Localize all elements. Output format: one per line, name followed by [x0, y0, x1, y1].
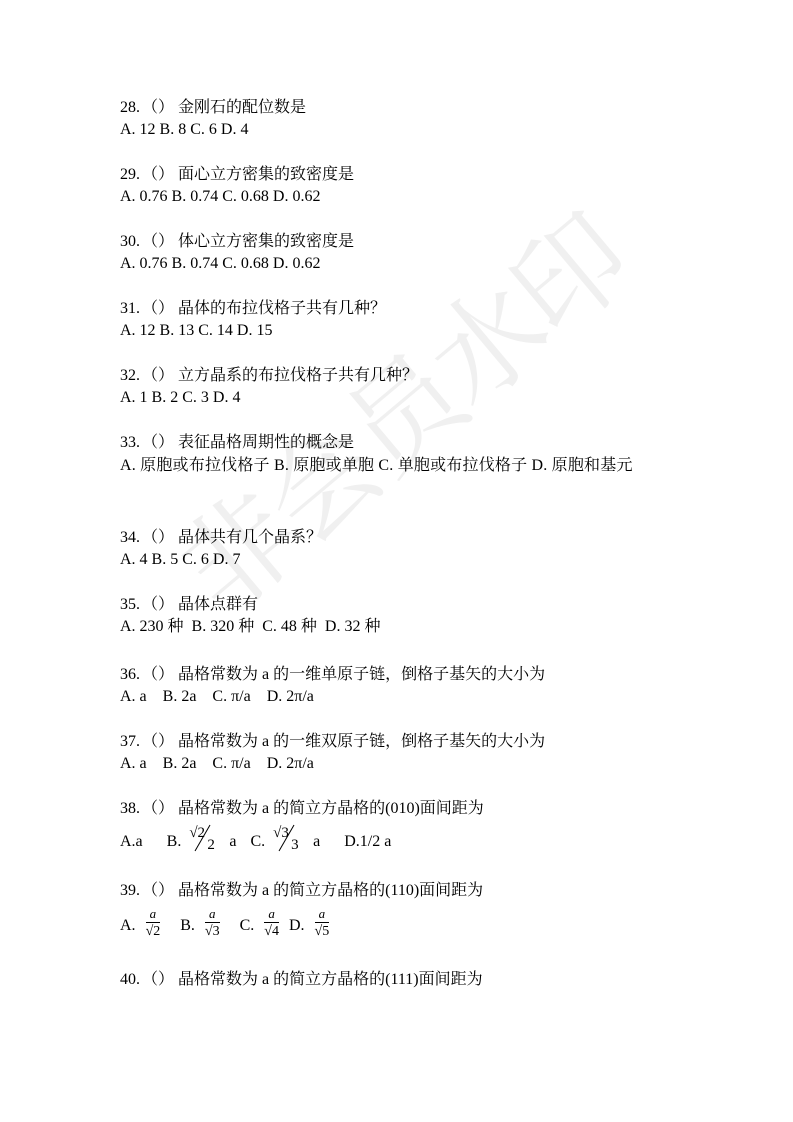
question-stem: 35.（）晶体点群有 — [120, 594, 680, 616]
question-options: A. 4 B. 5 C. 6 D. 7 — [120, 549, 680, 571]
option-b-suffix: a — [229, 833, 236, 850]
question-number: 37. — [120, 733, 140, 750]
option-a-label: A. — [120, 917, 136, 934]
question-options: A. 230 种 B. 320 种 C. 48 种 D. 32 种 — [120, 616, 680, 638]
answer-blank: （） — [142, 529, 174, 546]
question-40: 40.（）晶格常数为 a 的简立方晶格的(111)面间距为 — [120, 969, 680, 991]
answer-blank: （） — [142, 882, 174, 899]
question-options: A. a B. 2a C. π/a D. 2π/a — [120, 686, 680, 708]
question-31: 31.（）晶体的布拉伐格子共有几种？ A. 12 B. 13 C. 14 D. … — [120, 298, 680, 342]
question-number: 31. — [120, 300, 140, 317]
option-c-fraction: √3 3 — [273, 828, 307, 850]
question-30: 30.（）体心立方密集的致密度是 A. 0.76 B. 0.74 C. 0.68… — [120, 231, 680, 275]
question-39: 39.（）晶格常数为 a 的简立方晶格的(110)面间距为 A. a √2 B.… — [120, 880, 680, 943]
question-text: 晶格常数为 a 的简立方晶格的(111)面间距为 — [178, 971, 483, 988]
fraction-denominator: 3 — [291, 834, 299, 856]
question-number: 33. — [120, 434, 140, 451]
fraction-denominator: 2 — [207, 834, 215, 856]
question-options: A. 原胞或布拉伐格子 B. 原胞或单胞 C. 单胞或布拉伐格子 D. 原胞和基… — [120, 454, 676, 478]
fraction-numerator: a — [146, 907, 161, 921]
question-stem: 29.（）面心立方密集的致密度是 — [120, 164, 680, 186]
question-stem: 37.（）晶格常数为 a 的一维双原子链，倒格子基矢的大小为 — [120, 731, 680, 753]
fraction-bar — [205, 922, 220, 923]
question-text: 表征晶格周期性的概念是 — [178, 434, 354, 451]
question-number: 38. — [120, 800, 140, 817]
fraction-bar — [264, 922, 279, 923]
answer-blank: （） — [142, 367, 174, 384]
question-options: A. 1 B. 2 C. 3 D. 4 — [120, 387, 680, 409]
question-number: 32. — [120, 367, 140, 384]
option-b-label: B. — [180, 917, 195, 934]
fraction-denominator: √2 — [146, 924, 161, 940]
question-28: 28.（）金刚石的配位数是 A. 12 B. 8 C. 6 D. 4 — [120, 97, 680, 141]
answer-blank: （） — [142, 99, 174, 116]
option-d: D.1/2 a — [344, 833, 391, 850]
question-stem: 32.（）立方晶系的布拉伐格子共有几种？ — [120, 365, 680, 387]
question-35: 35.（）晶体点群有 A. 230 种 B. 320 种 C. 48 种 D. … — [120, 594, 680, 638]
question-text: 晶格常数为 a 的简立方晶格的(110)面间距为 — [178, 882, 483, 899]
question-stem: 28.（）金刚石的配位数是 — [120, 97, 680, 119]
fraction-numerator: √2 — [189, 822, 205, 844]
option-b-fraction: a √3 — [205, 907, 220, 940]
fraction-denominator: √4 — [264, 924, 279, 940]
question-options: A. 12 B. 13 C. 14 D. 15 — [120, 320, 680, 342]
question-stem: 39.（）晶格常数为 a 的简立方晶格的(110)面间距为 — [120, 880, 680, 902]
question-number: 28. — [120, 99, 140, 116]
answer-blank: （） — [142, 166, 174, 183]
answer-blank: （） — [142, 666, 174, 683]
question-stem: 34.（）晶体共有几个晶系？ — [120, 527, 680, 549]
question-text: 晶格常数为 a 的一维单原子链，倒格子基矢的大小为 — [178, 666, 545, 683]
question-text: 晶体点群有 — [178, 596, 258, 613]
fraction-numerator: √3 — [273, 822, 289, 844]
fraction-numerator: a — [205, 907, 220, 921]
fraction-denominator: √3 — [205, 924, 220, 940]
question-number: 29. — [120, 166, 140, 183]
question-stem: 30.（）体心立方密集的致密度是 — [120, 231, 680, 253]
option-c-suffix: a — [313, 833, 320, 850]
option-c-fraction: a √4 — [264, 907, 279, 940]
answer-blank: （） — [142, 596, 174, 613]
fraction-bar — [146, 922, 161, 923]
question-number: 30. — [120, 233, 140, 250]
question-text: 面心立方密集的致密度是 — [178, 166, 354, 183]
option-a: A.a — [120, 833, 143, 850]
question-options: A.a B. √2 2 a C. √3 3 a D.1/2 a — [120, 828, 680, 853]
answer-blank: （） — [142, 733, 174, 750]
question-stem: 36.（）晶格常数为 a 的一维单原子链，倒格子基矢的大小为 — [120, 664, 680, 686]
question-options: A. 12 B. 8 C. 6 D. 4 — [120, 119, 680, 141]
question-options: A. 0.76 B. 0.74 C. 0.68 D. 0.62 — [120, 186, 680, 208]
question-number: 39. — [120, 882, 140, 899]
option-c-label: C. — [240, 917, 255, 934]
option-a-fraction: a √2 — [146, 907, 161, 940]
question-36: 36.（）晶格常数为 a 的一维单原子链，倒格子基矢的大小为 A. a B. 2… — [120, 664, 680, 708]
question-text: 金刚石的配位数是 — [178, 99, 306, 116]
answer-blank: （） — [142, 300, 174, 317]
question-options: A. a B. 2a C. π/a D. 2π/a — [120, 753, 680, 775]
answer-blank: （） — [142, 971, 174, 988]
answer-blank: （） — [142, 233, 174, 250]
question-text: 立方晶系的布拉伐格子共有几种？ — [178, 367, 418, 384]
question-text: 晶体共有几个晶系？ — [178, 529, 322, 546]
question-32: 32.（）立方晶系的布拉伐格子共有几种？ A. 1 B. 2 C. 3 D. 4 — [120, 365, 680, 409]
question-text: 体心立方密集的致密度是 — [178, 233, 354, 250]
option-d-label: D. — [289, 917, 305, 934]
question-number: 35. — [120, 596, 140, 613]
question-33: 33.（）表征晶格周期性的概念是 A. 原胞或布拉伐格子 B. 原胞或单胞 C.… — [120, 432, 680, 478]
question-text: 晶格常数为 a 的简立方晶格的(010)面间距为 — [178, 800, 484, 817]
fraction-numerator: a — [264, 907, 279, 921]
question-stem: 33.（）表征晶格周期性的概念是 — [120, 432, 680, 454]
question-options: A. 0.76 B. 0.74 C. 0.68 D. 0.62 — [120, 253, 680, 275]
option-c-label: C. — [250, 833, 265, 850]
question-number: 36. — [120, 666, 140, 683]
fraction-bar — [315, 922, 330, 923]
question-text: 晶体的布拉伐格子共有几种？ — [178, 300, 386, 317]
answer-blank: （） — [142, 800, 174, 817]
question-38: 38.（）晶格常数为 a 的简立方晶格的(010)面间距为 A.a B. √2 … — [120, 798, 680, 853]
option-d-fraction: a √5 — [315, 907, 330, 940]
question-stem: 31.（）晶体的布拉伐格子共有几种？ — [120, 298, 680, 320]
question-number: 40. — [120, 971, 140, 988]
question-37: 37.（）晶格常数为 a 的一维双原子链，倒格子基矢的大小为 A. a B. 2… — [120, 731, 680, 775]
option-b-label: B. — [167, 833, 182, 850]
document-page: 非会员水印 28.（）金刚石的配位数是 A. 12 B. 8 C. 6 D. 4… — [0, 0, 793, 1122]
answer-blank: （） — [142, 434, 174, 451]
question-number: 34. — [120, 529, 140, 546]
fraction-denominator: √5 — [315, 924, 330, 940]
question-options: A. a √2 B. a √3 C. a √4 D. — [120, 910, 680, 943]
question-text: 晶格常数为 a 的一维双原子链，倒格子基矢的大小为 — [178, 733, 545, 750]
option-b-fraction: √2 2 — [189, 828, 223, 850]
question-stem: 40.（）晶格常数为 a 的简立方晶格的(111)面间距为 — [120, 969, 680, 991]
question-stem: 38.（）晶格常数为 a 的简立方晶格的(010)面间距为 — [120, 798, 680, 820]
question-29: 29.（）面心立方密集的致密度是 A. 0.76 B. 0.74 C. 0.68… — [120, 164, 680, 208]
question-34: 34.（）晶体共有几个晶系？ A. 4 B. 5 C. 6 D. 7 — [120, 527, 680, 571]
fraction-numerator: a — [315, 907, 330, 921]
